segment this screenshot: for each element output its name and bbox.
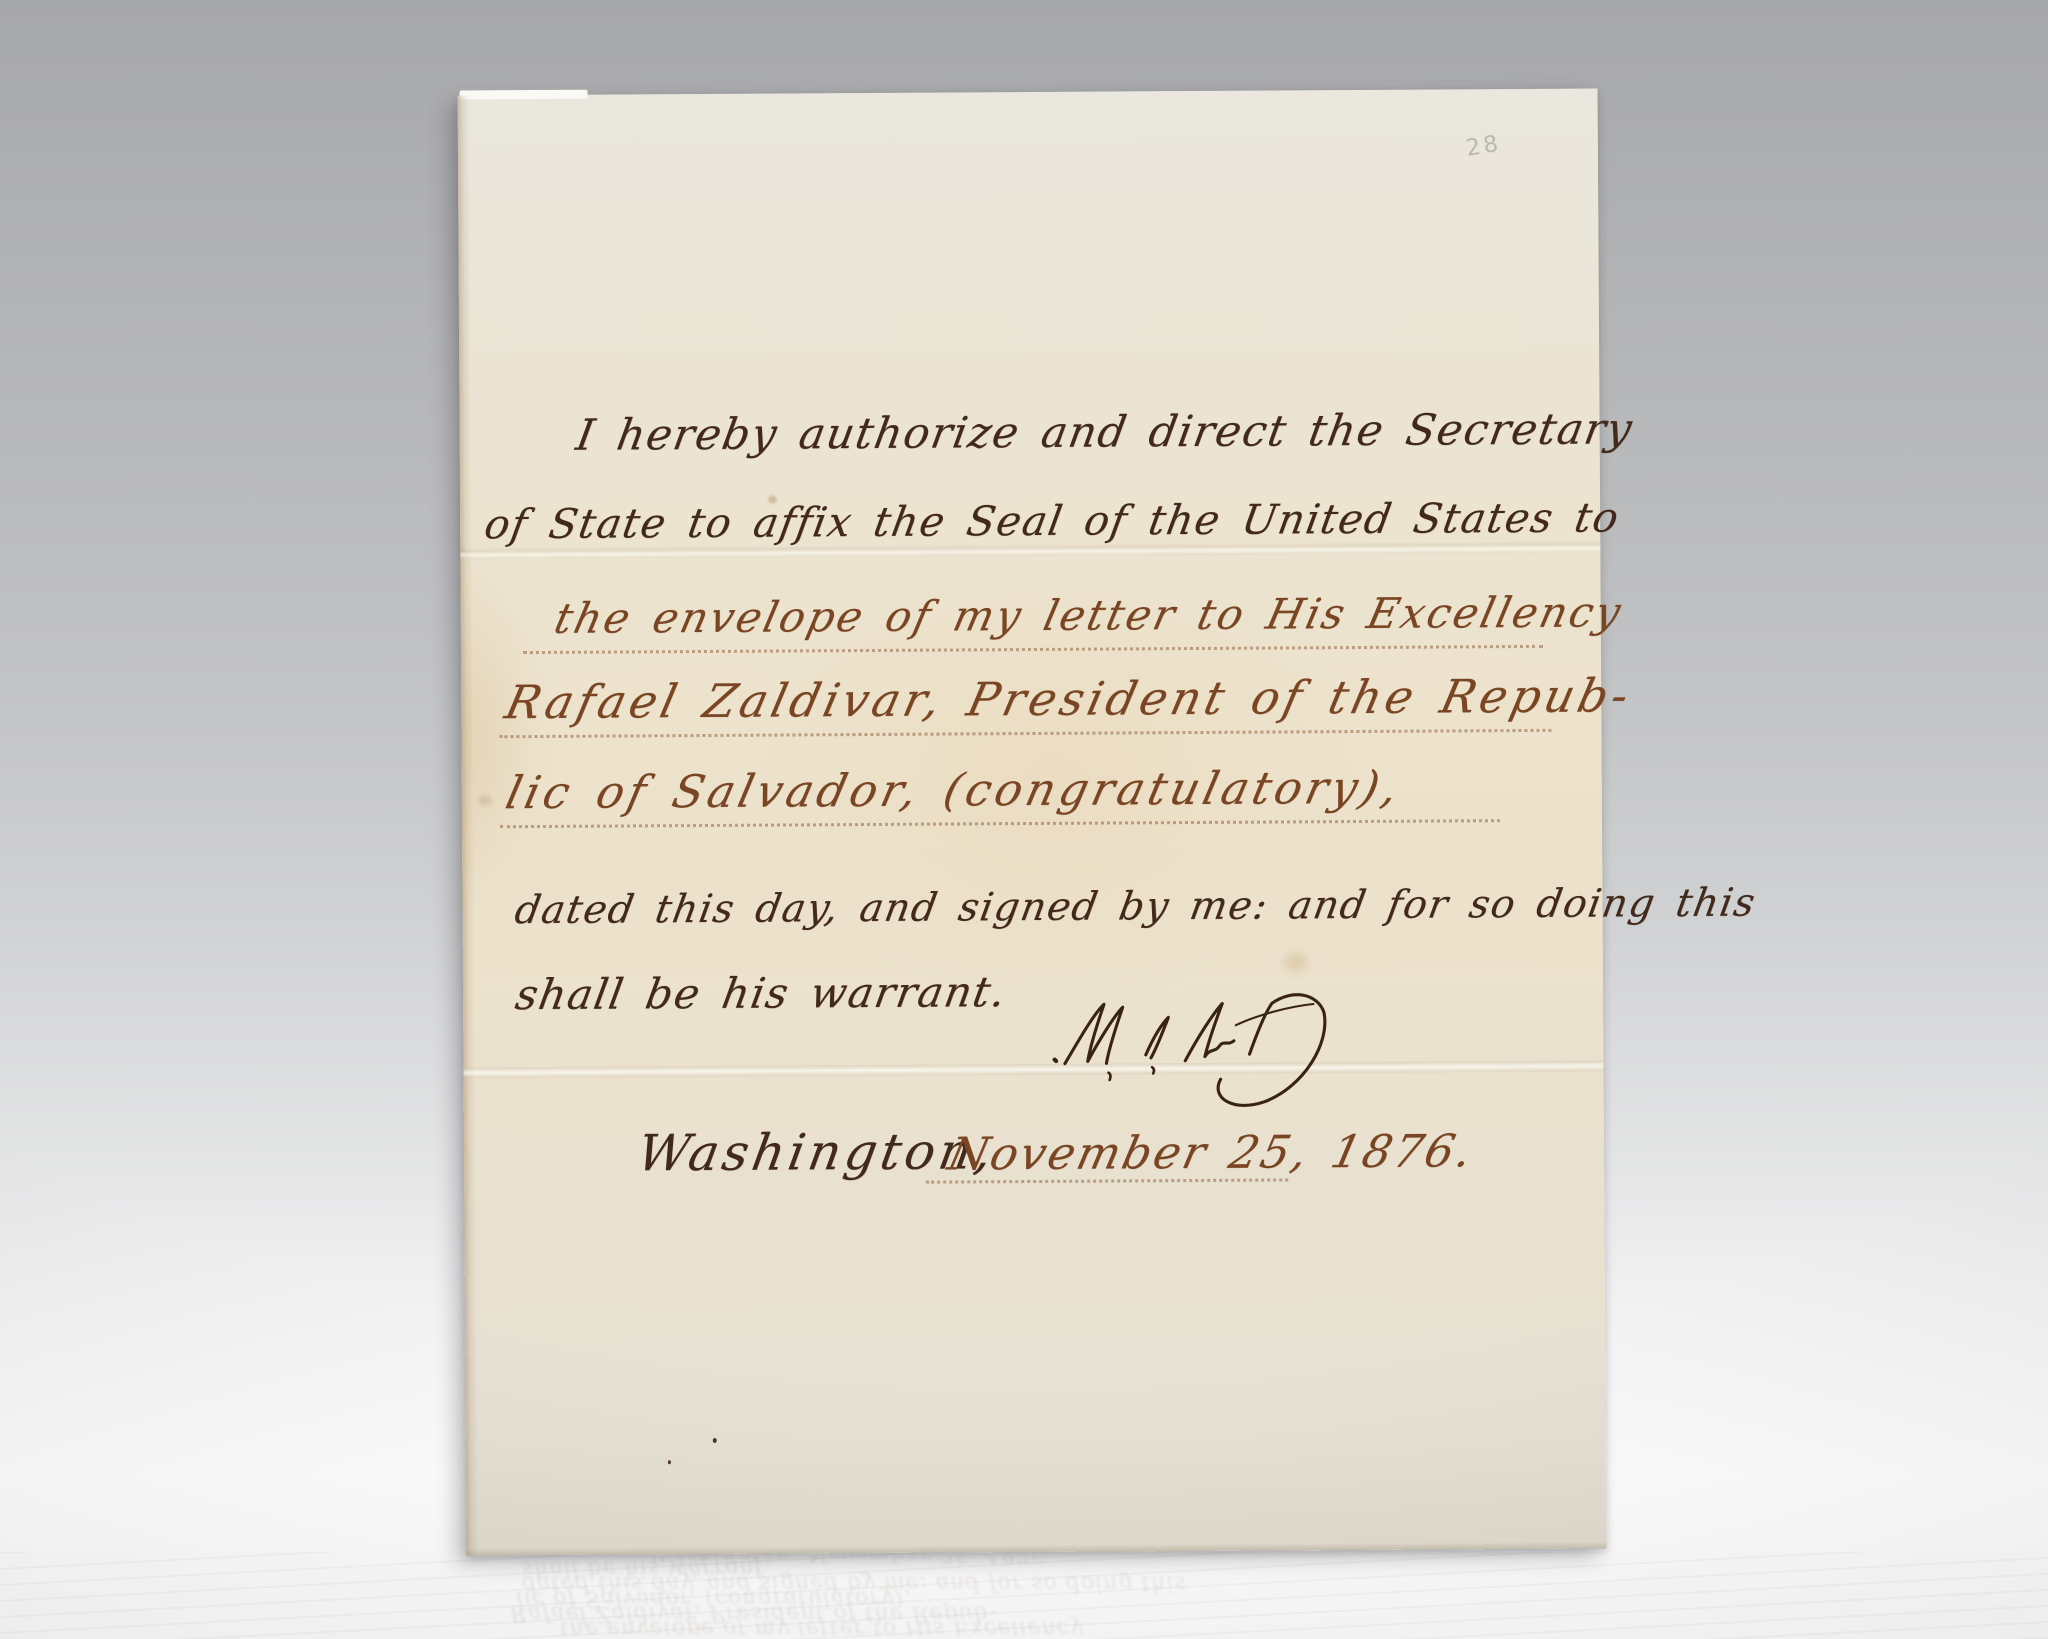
document-line-4: Rafael Zaldivar, President of the Repub-: [499, 664, 1638, 733]
stray-ink-dot: [668, 1460, 671, 1464]
date-fill-in: November 25, 1876.: [942, 1121, 1480, 1185]
stray-ink-dot: [713, 1438, 717, 1443]
photograph-of-document: the envelope of my letter to His Excelle…: [0, 0, 2048, 1639]
foxing-spot: [1283, 952, 1309, 972]
foxing-spot: [478, 795, 492, 805]
paper-reflection: the envelope of my letter to His Excelle…: [470, 1556, 1620, 1636]
document-line-7: shall be his warrant.: [511, 964, 1011, 1024]
fold-crease-lower: [463, 1061, 1603, 1080]
letter-sheet: 28 I hereby authorize and direct the Sec…: [458, 89, 1607, 1556]
underlying-page-edge: [460, 90, 588, 100]
document-line-6: dated this day, and signed by me: and fo…: [511, 878, 1760, 938]
document-line-2: of State to affix the Seal of the United…: [480, 490, 1624, 552]
document-line-5: lic of Salvador, (congratulatory),: [500, 758, 1408, 824]
document-line-3: the envelope of my letter to His Excelle…: [549, 584, 1628, 647]
document-line-1: I hereby authorize and direct the Secret…: [572, 400, 1638, 465]
pencil-inventory-note: 28: [1464, 131, 1503, 162]
paper-left-edge: [458, 95, 479, 1555]
grant-signature: [1041, 983, 1342, 1125]
